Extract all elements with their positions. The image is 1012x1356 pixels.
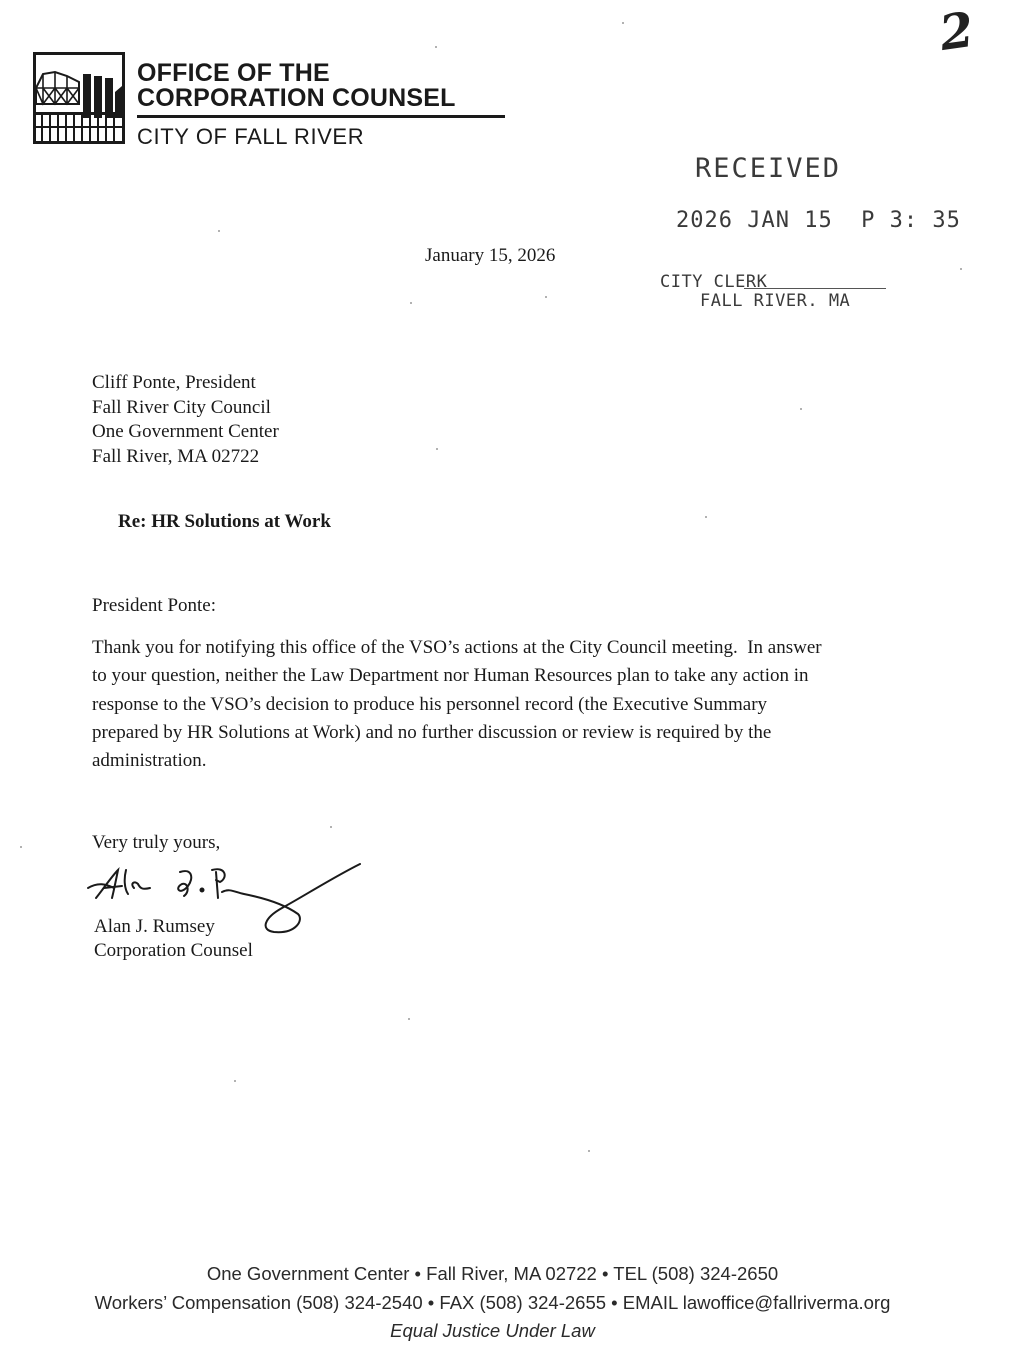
scan-speck <box>408 1018 410 1020</box>
stamp-received-label: RECEIVED <box>695 153 841 184</box>
stamp-datetime: 2026 JAN 15 P 3: 35 <box>676 208 961 233</box>
letterhead-footer: One Government Center • Fall River, MA 0… <box>0 1259 985 1344</box>
letterhead-office-title: OFFICE OF THE <box>137 60 330 86</box>
subject-line: Re: HR Solutions at Work <box>118 510 331 534</box>
letter-date: January 15, 2026 <box>425 244 555 268</box>
footer-contacts: Workers’ Compensation (508) 324-2540 • F… <box>0 1288 985 1317</box>
letter-body: Thank you for notifying this office of t… <box>92 634 902 775</box>
stamp-city-label: FALL RIVER. MA <box>700 291 850 311</box>
scan-speck <box>234 1080 236 1082</box>
recipient-line: Fall River, MA 02722 <box>92 445 279 470</box>
signer-title: Corporation Counsel <box>94 939 253 963</box>
scan-speck <box>960 268 962 270</box>
recipient-line: Cliff Ponte, President <box>92 371 279 396</box>
scan-speck <box>435 46 437 48</box>
body-line: to your question, neither the Law Depart… <box>92 662 902 690</box>
bridge-and-mills-logo-icon <box>33 52 125 144</box>
salutation: President Ponte: <box>92 594 216 618</box>
scan-speck <box>622 22 624 24</box>
signer-name: Alan J. Rumsey <box>94 915 215 939</box>
body-line: response to the VSO’s decision to produc… <box>92 691 902 719</box>
scan-speck <box>705 516 707 518</box>
scan-speck <box>218 230 220 232</box>
scan-speck <box>800 408 802 410</box>
scan-speck <box>545 296 547 298</box>
handwritten-page-number: 2 <box>936 2 977 62</box>
letterhead-city: CITY OF FALL RIVER <box>137 124 364 150</box>
footer-motto: Equal Justice Under Law <box>0 1317 985 1344</box>
recipient-address: Cliff Ponte, President Fall River City C… <box>92 371 279 469</box>
recipient-line: Fall River City Council <box>92 396 279 421</box>
scan-speck <box>330 826 332 828</box>
closing: Very truly yours, <box>92 831 220 855</box>
letterhead-office-subtitle: CORPORATION COUNSEL <box>137 85 456 111</box>
body-line: administration. <box>92 747 902 775</box>
stamp-signature-line <box>744 288 886 289</box>
body-line: prepared by HR Solutions at Work) and no… <box>92 719 902 747</box>
letterhead-divider <box>137 115 505 118</box>
scan-speck <box>436 448 438 450</box>
stamp-clerk-label: CITY CLERK <box>660 272 767 292</box>
recipient-line: One Government Center <box>92 420 279 445</box>
scan-speck <box>588 1150 590 1152</box>
body-line: Thank you for notifying this office of t… <box>92 634 902 662</box>
scan-speck <box>410 302 412 304</box>
scan-speck <box>20 846 22 848</box>
footer-address: One Government Center • Fall River, MA 0… <box>0 1259 985 1288</box>
